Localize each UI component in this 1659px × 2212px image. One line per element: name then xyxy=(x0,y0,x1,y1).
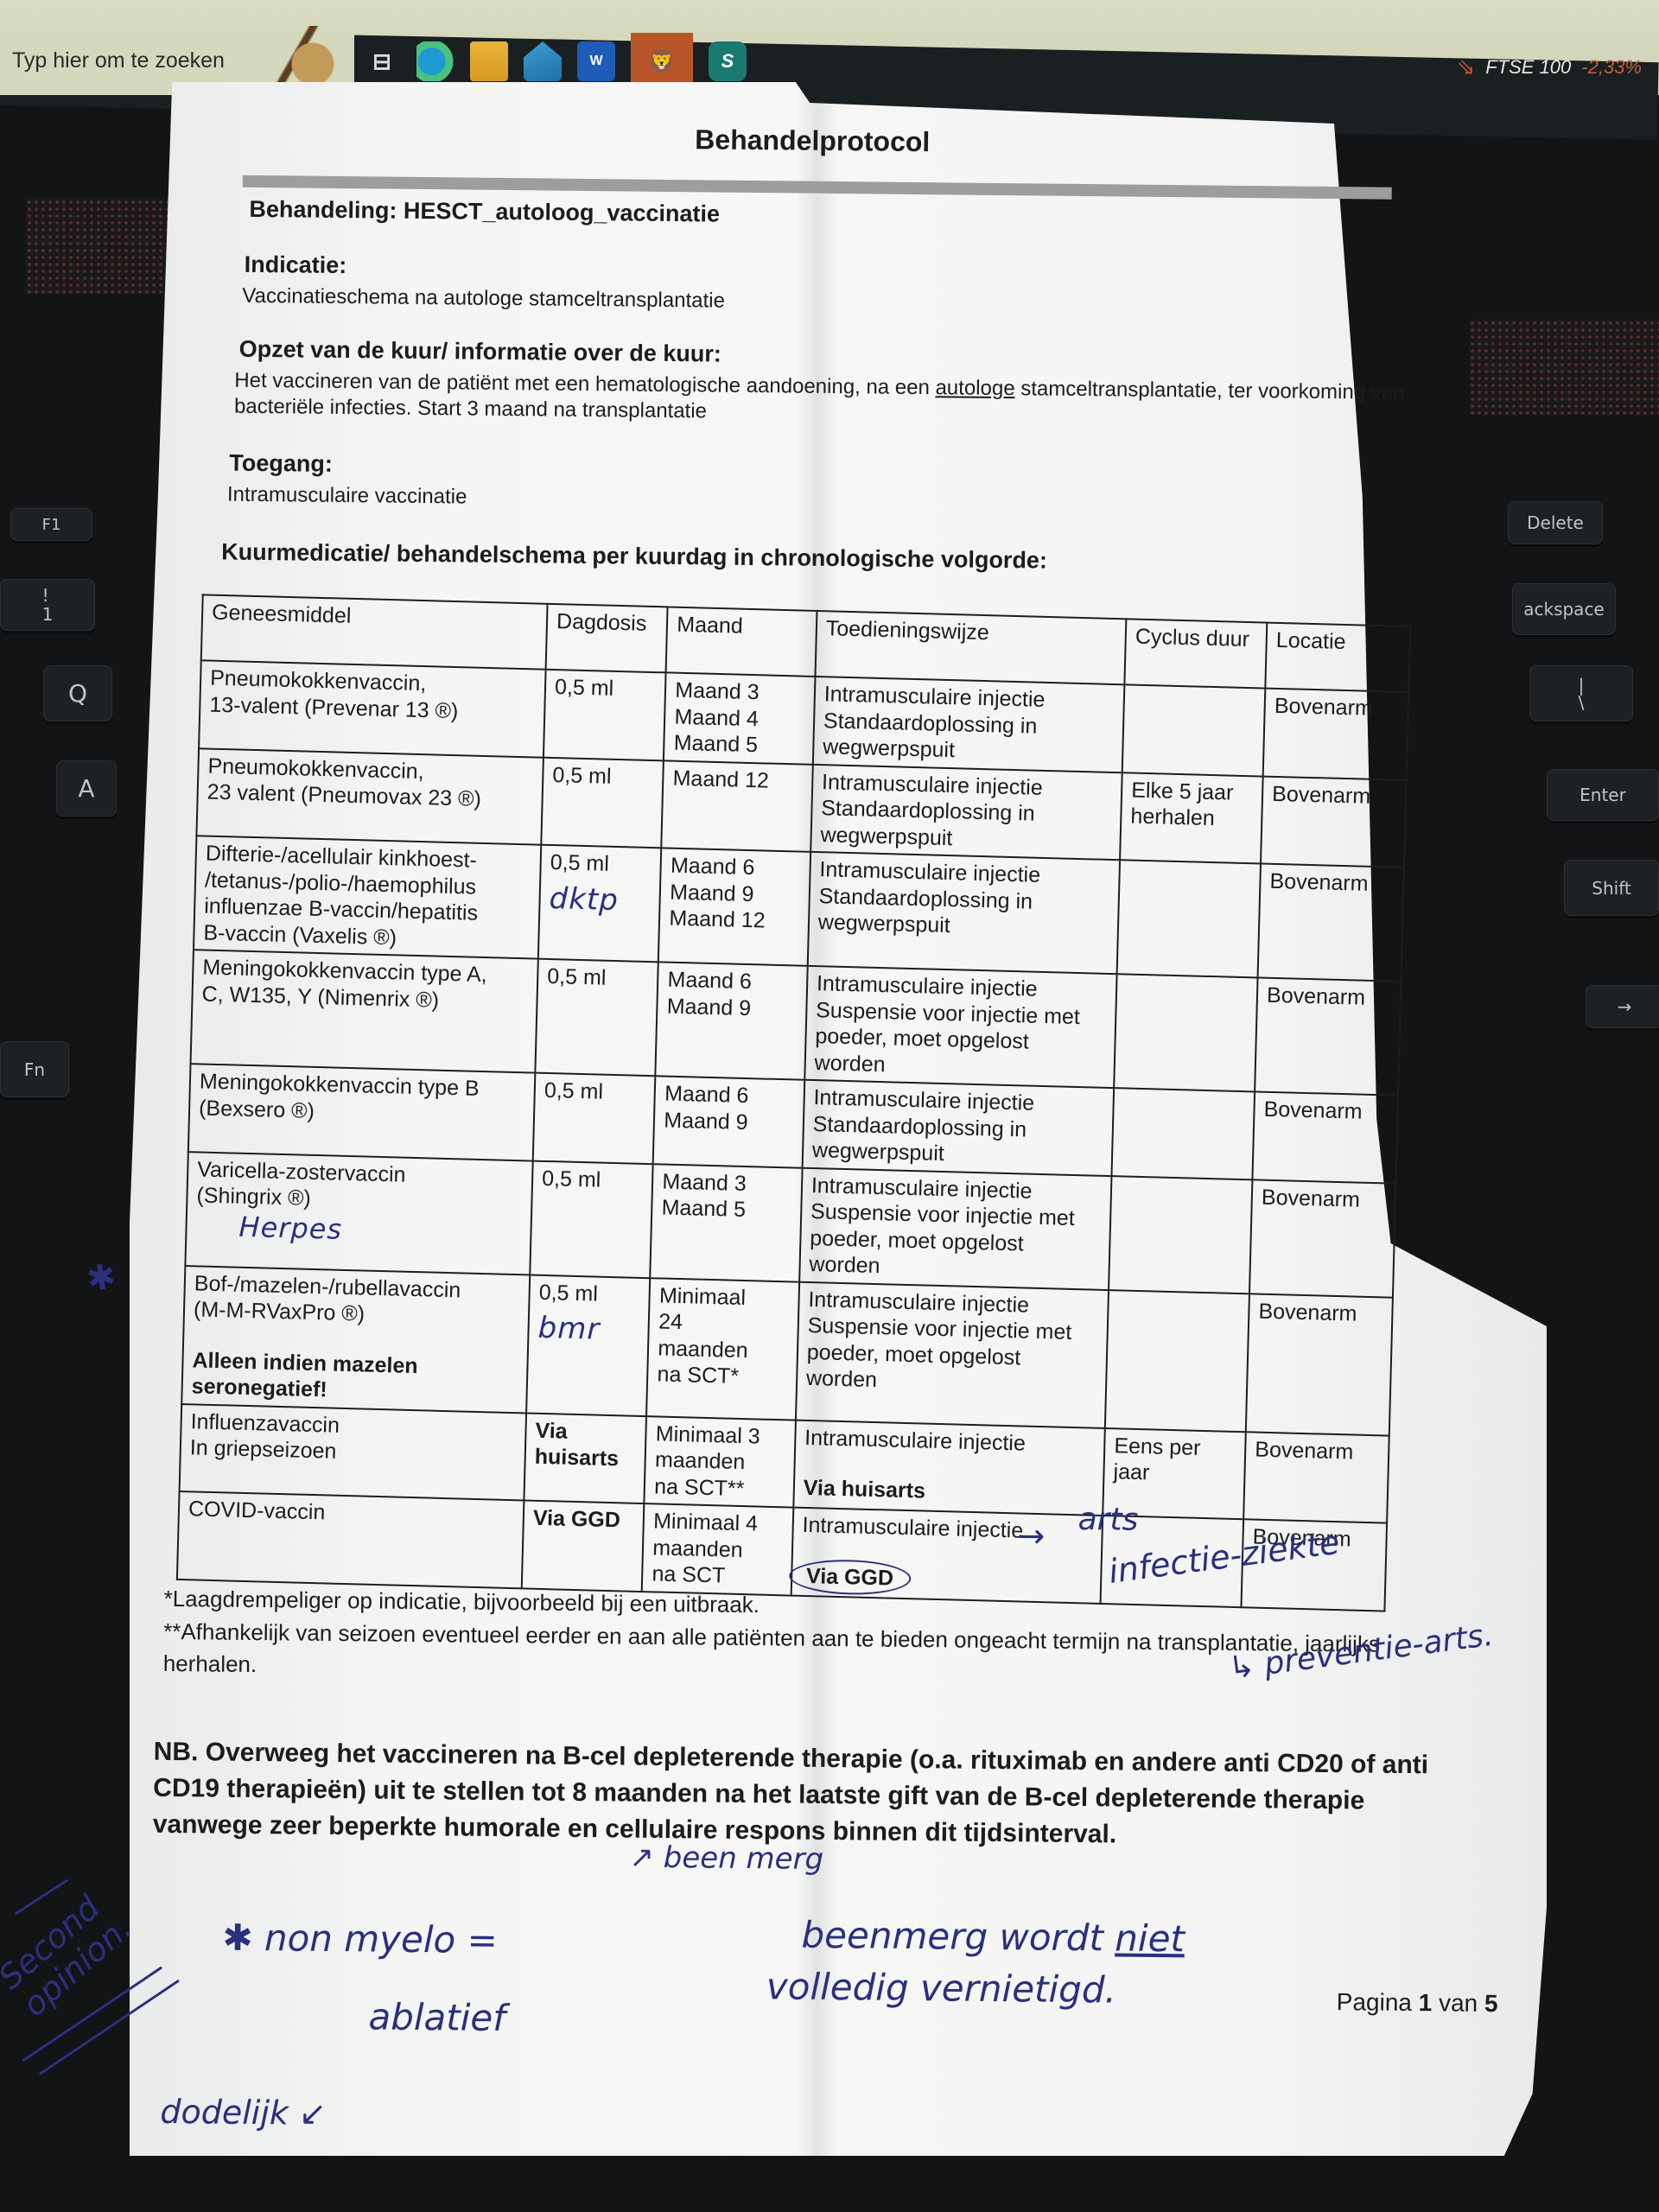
month-line: 24 xyxy=(658,1308,789,1338)
cell-month: Maand 3Maand 4Maand 5 xyxy=(664,672,815,764)
cell-month: Minimaal 3maandenna SCT** xyxy=(645,1416,796,1508)
cell-cycle: Elke 5 jaarherhalen xyxy=(1120,772,1263,864)
dose-value: 0,5 ml xyxy=(544,1078,604,1104)
cell-location: Bovenarm xyxy=(1258,864,1404,982)
handwritten-ablatief: ablatief xyxy=(368,1995,505,2039)
key-enter[interactable]: Enter xyxy=(1547,769,1659,821)
ticker-change: -2,33% xyxy=(1581,56,1642,79)
key-shift[interactable]: Shift xyxy=(1564,860,1659,916)
dose-value: 0,5 ml xyxy=(550,850,609,876)
page-number: Pagina 1 van 5 xyxy=(1337,1988,1498,2018)
table-body: Pneumokokkenvaccin,13-valent (Prevenar 1… xyxy=(177,660,1408,1611)
cell-dose: 0,5 ml xyxy=(530,1160,653,1278)
page-total: 5 xyxy=(1484,1990,1498,2017)
handwritten-dodelijk: dodelijk ↙ xyxy=(160,2093,327,2133)
cell-drug: Pneumokokkenvaccin,23 valent (Pneumovax … xyxy=(196,748,543,845)
month-line: Maand 9 xyxy=(670,879,800,908)
handwritten-drug-note: Herpes xyxy=(238,1210,522,1251)
cycle-line: Elke 5 jaar xyxy=(1131,777,1254,806)
cell-drug: COVID-vaccin xyxy=(177,1491,524,1588)
month-line: maanden xyxy=(658,1335,788,1364)
cell-route: Intramusculaire injectieStandaardoplossi… xyxy=(813,677,1125,772)
handwritten-volledig-vernietigd: volledig vernietigd. xyxy=(766,1965,1116,2011)
page-prefix: Pagina xyxy=(1337,1988,1419,2016)
document-title: Behandelprotocol xyxy=(695,124,930,158)
cell-route: Intramusculaire injectieSuspensie voor i… xyxy=(799,1167,1112,1289)
dose-value: 0,5 ml xyxy=(542,1166,601,1192)
setup-heading: Opzet van de kuur/ informatie over de ku… xyxy=(239,335,721,370)
cell-drug: Bof-/mazelen-/rubellavaccin(M-M-RVaxPro … xyxy=(181,1266,530,1413)
dose-value: Via GGD xyxy=(533,1505,635,1535)
cell-month: Minimaal 4maandenna SCT xyxy=(642,1503,793,1595)
month-line: Maand 3 xyxy=(662,1168,792,1198)
cycle-line: Eens per xyxy=(1114,1433,1236,1462)
page-current: 1 xyxy=(1419,1989,1433,2016)
month-line: Minimaal 4 xyxy=(653,1508,784,1537)
cell-month: Maand 12 xyxy=(662,760,813,852)
protocol-document: Behandelprotocol Behandeling: HESCT_auto… xyxy=(108,74,1547,2163)
cell-cycle xyxy=(1114,974,1257,1091)
header-cycle: Cyclus duur xyxy=(1124,619,1267,688)
page-middle: van xyxy=(1432,1989,1484,2017)
cell-month: Maand 6Maand 9 xyxy=(656,962,808,1079)
cell-route: Intramusculaire injectieStandaardoplossi… xyxy=(810,764,1122,860)
cell-dose: 0,5 mldktp xyxy=(538,845,662,963)
word-icon[interactable]: W xyxy=(577,41,615,81)
cell-month: Maand 6Maand 9Maand 12 xyxy=(658,848,810,965)
route-via: Via huisarts xyxy=(803,1476,925,1503)
dose-value: 0,5 ml xyxy=(547,964,607,990)
cell-drug: Pneumokokkenvaccin,13-valent (Prevenar 1… xyxy=(199,660,546,757)
cell-route: Intramusculaire injectieStandaardoplossi… xyxy=(808,852,1121,974)
cell-dose: 0,5 ml xyxy=(541,757,664,848)
handwritten-star: ✱ xyxy=(85,1256,118,1300)
cycle-line: herhalen xyxy=(1130,804,1253,833)
cell-drug: Meningokokkenvaccin type B(Bexsero ®) xyxy=(188,1064,536,1160)
treatment-name: Behandeling: HESCT_autoloog_vaccinatie xyxy=(249,195,720,229)
handwritten-strokes xyxy=(0,1862,214,2089)
trend-down-icon: ⇘ xyxy=(1456,54,1475,80)
cell-dose: 0,5 ml xyxy=(535,959,658,1077)
cell-location: Bovenarm xyxy=(1249,1179,1395,1297)
setup-text-part: Het vaccineren van de patiënt met een he… xyxy=(234,369,935,399)
handwritten-text: beenmerg wordt xyxy=(801,1914,1115,1960)
month-line: maanden xyxy=(655,1446,785,1476)
month-line: Maand 12 xyxy=(672,765,803,794)
cell-location: Bovenarm xyxy=(1255,977,1401,1095)
cell-location: Bovenarm xyxy=(1243,1432,1389,1523)
key-f1[interactable]: F1 xyxy=(10,508,92,541)
edge-icon[interactable] xyxy=(416,41,454,81)
ticker-name: FTSE 100 xyxy=(1485,56,1571,79)
file-explorer-icon[interactable] xyxy=(470,41,508,81)
surfshark-icon[interactable]: S xyxy=(709,41,747,81)
cell-dose: Via GGD xyxy=(522,1500,645,1591)
cell-month: Minimaal24maandenna SCT* xyxy=(646,1278,799,1420)
handwritten-arrow: → xyxy=(1017,1516,1045,1554)
cell-cycle xyxy=(1105,1290,1249,1432)
cell-drug: Varicella-zostervaccin(Shingrix ®)Herpes xyxy=(185,1152,532,1274)
month-line: Maand 12 xyxy=(669,906,799,935)
month-line: Maand 9 xyxy=(666,993,797,1022)
cell-cycle xyxy=(1112,1088,1255,1179)
cell-location: Bovenarm xyxy=(1253,1091,1398,1183)
search-placeholder: Typ hier om te zoeken xyxy=(0,48,225,73)
task-view-icon[interactable]: ⊟ xyxy=(363,41,401,81)
month-line: Maand 6 xyxy=(671,853,801,882)
cell-cycle xyxy=(1122,684,1266,776)
month-line: Minimaal 3 xyxy=(655,1421,785,1450)
dose-value: 0,5 ml xyxy=(552,763,612,789)
cell-location: Bovenarm xyxy=(1246,1294,1393,1435)
cell-month: Maand 3Maand 5 xyxy=(651,1164,803,1281)
cycle-line: jaar xyxy=(1113,1459,1236,1488)
handwritten-dose-note: bmr xyxy=(537,1311,639,1350)
cell-drug: InfluenzavaccinIn griepseizoen xyxy=(180,1404,527,1501)
indication-heading: Indicatie: xyxy=(245,251,347,281)
key-backslash[interactable]: | \ xyxy=(1529,665,1633,721)
month-line: Maand 4 xyxy=(674,703,804,733)
handwritten-niet: niet xyxy=(1115,1916,1185,1960)
title-divider xyxy=(243,175,1392,200)
cell-dose: Viahuisarts xyxy=(524,1413,646,1503)
month-line: Maand 5 xyxy=(661,1194,791,1224)
handwritten-dose-note: dktp xyxy=(549,880,651,919)
key-fn[interactable]: Fn xyxy=(0,1041,69,1097)
month-line: Maand 6 xyxy=(667,967,798,996)
cell-dose: 0,5 ml xyxy=(543,670,666,760)
drug-line: COVID-vaccin xyxy=(188,1496,515,1530)
access-text: Intramusculaire vaccinatie xyxy=(227,482,467,511)
cell-route: Intramusculaire injectieSuspensie voor i… xyxy=(796,1281,1109,1427)
month-line: maanden xyxy=(652,1535,783,1564)
key-1[interactable]: ! 1 xyxy=(0,579,95,631)
handwritten-arts: arts xyxy=(1077,1502,1138,1538)
month-line: Minimaal xyxy=(659,1282,790,1312)
cell-cycle xyxy=(1109,1176,1252,1294)
handwritten-non-myelo: ✱ non myelo = xyxy=(222,1916,498,1961)
cell-drug: Difterie-/acellulair kinkhoest-/tetanus-… xyxy=(194,836,541,958)
header-drug: Geneesmiddel xyxy=(201,594,548,669)
cell-month: Maand 6Maand 9 xyxy=(653,1076,804,1167)
month-line: na SCT xyxy=(652,1560,782,1590)
cell-cycle xyxy=(1117,860,1261,977)
dose-value: 0,5 ml xyxy=(555,675,614,701)
cell-dose: 0,5 ml xyxy=(533,1073,656,1164)
month-line: na SCT* xyxy=(657,1361,787,1390)
month-line: Maand 3 xyxy=(675,677,805,707)
handwritten-beenmerg-line: beenmerg wordt niet xyxy=(801,1914,1185,1961)
month-line: Maand 9 xyxy=(664,1107,794,1136)
key-q[interactable]: Q xyxy=(43,665,112,721)
header-location: Locatie xyxy=(1265,623,1410,692)
dose-value: 0,5 ml xyxy=(538,1280,598,1306)
schedule-heading: Kuurmedicatie/ behandelschema per kuurda… xyxy=(221,538,1047,576)
setup-text: Het vaccineren van de patiënt met een he… xyxy=(234,368,1462,433)
cell-route: Intramusculaire injectieVia GGD xyxy=(791,1508,1103,1604)
access-heading: Toegang: xyxy=(229,449,333,480)
cell-drug: Meningokokkenvaccin type A,C, W135, Y (N… xyxy=(191,950,538,1072)
vaccination-schedule-table: Geneesmiddel Dagdosis Maand Toedieningsw… xyxy=(176,594,1411,1611)
handwritten-beenmerg-top: ↗ been merg xyxy=(629,1843,823,1874)
key-a[interactable]: A xyxy=(56,760,117,817)
indication-text: Vaccinatieschema na autologe stamceltran… xyxy=(242,283,725,315)
cell-route: Intramusculaire injectieStandaardoplossi… xyxy=(802,1080,1114,1176)
month-line: Maand 6 xyxy=(664,1081,795,1110)
key-arrow-right[interactable]: → xyxy=(1586,985,1659,1028)
header-dose: Dagdosis xyxy=(546,604,668,673)
header-route: Toedieningswijze xyxy=(815,611,1126,684)
mail-icon[interactable] xyxy=(524,41,562,81)
month-line: Maand 5 xyxy=(673,730,804,760)
month-line: na SCT** xyxy=(654,1473,785,1503)
dose-value: huisarts xyxy=(534,1444,636,1473)
header-month: Maand xyxy=(666,607,817,676)
stock-ticker-widget[interactable]: ⇘ FTSE 100 -2,33% xyxy=(1456,54,1642,80)
cell-dose: 0,5 mlbmr xyxy=(526,1274,650,1416)
nb-note: NB. Overweeg het vaccineren na B-cel dep… xyxy=(153,1734,1433,1856)
cell-route: Intramusculaire injectieSuspensie voor i… xyxy=(804,966,1117,1088)
dose-value: Via xyxy=(535,1417,637,1446)
setup-text-underlined: autologe xyxy=(935,376,1014,400)
cell-route: Intramusculaire injectieVia huisarts xyxy=(793,1420,1105,1516)
cell-location: Bovenarm xyxy=(1263,689,1408,780)
drug-line: (Shingrix ®)Herpes xyxy=(195,1182,523,1250)
cell-location: Bovenarm xyxy=(1261,776,1406,868)
